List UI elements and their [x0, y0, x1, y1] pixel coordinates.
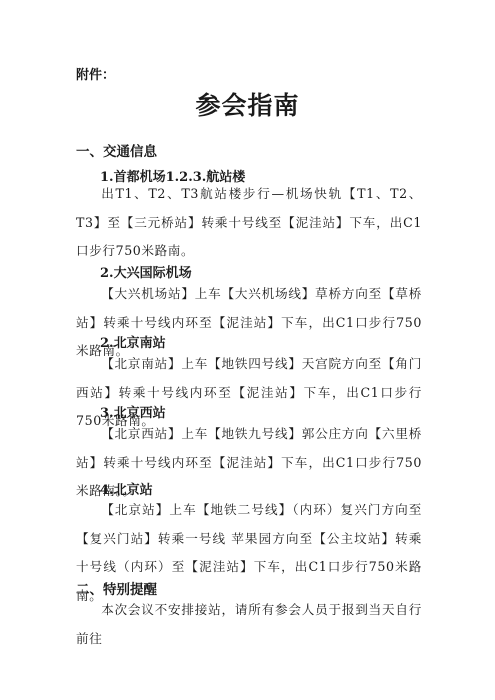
page-title: 参会指南 — [0, 86, 495, 122]
paragraph-reminder: 本次会议不安排接站，请所有参会人员于报到当天自行前往 — [76, 596, 422, 653]
paragraph-capital-airport: 出T1、T2、T3航站楼步行—机场快轨【T1、T2、T3】至【三元桥站】转乘十号… — [76, 180, 422, 266]
subheading-beijing-west: 3.北京西站 — [100, 402, 166, 421]
subheading-beijing-south: 2.北京南站 — [100, 332, 166, 351]
section-heading-reminder: 二、特别提醒 — [76, 578, 157, 598]
section-heading-transport: 一、交通信息 — [76, 140, 157, 160]
document-page: 附件： 参会指南 一、交通信息 1.首都机场1.2.3.航站楼 出T1、T2、T… — [0, 0, 495, 700]
attachment-label: 附件： — [76, 64, 115, 83]
subheading-daxing-airport: 2.大兴国际机场 — [100, 262, 192, 281]
